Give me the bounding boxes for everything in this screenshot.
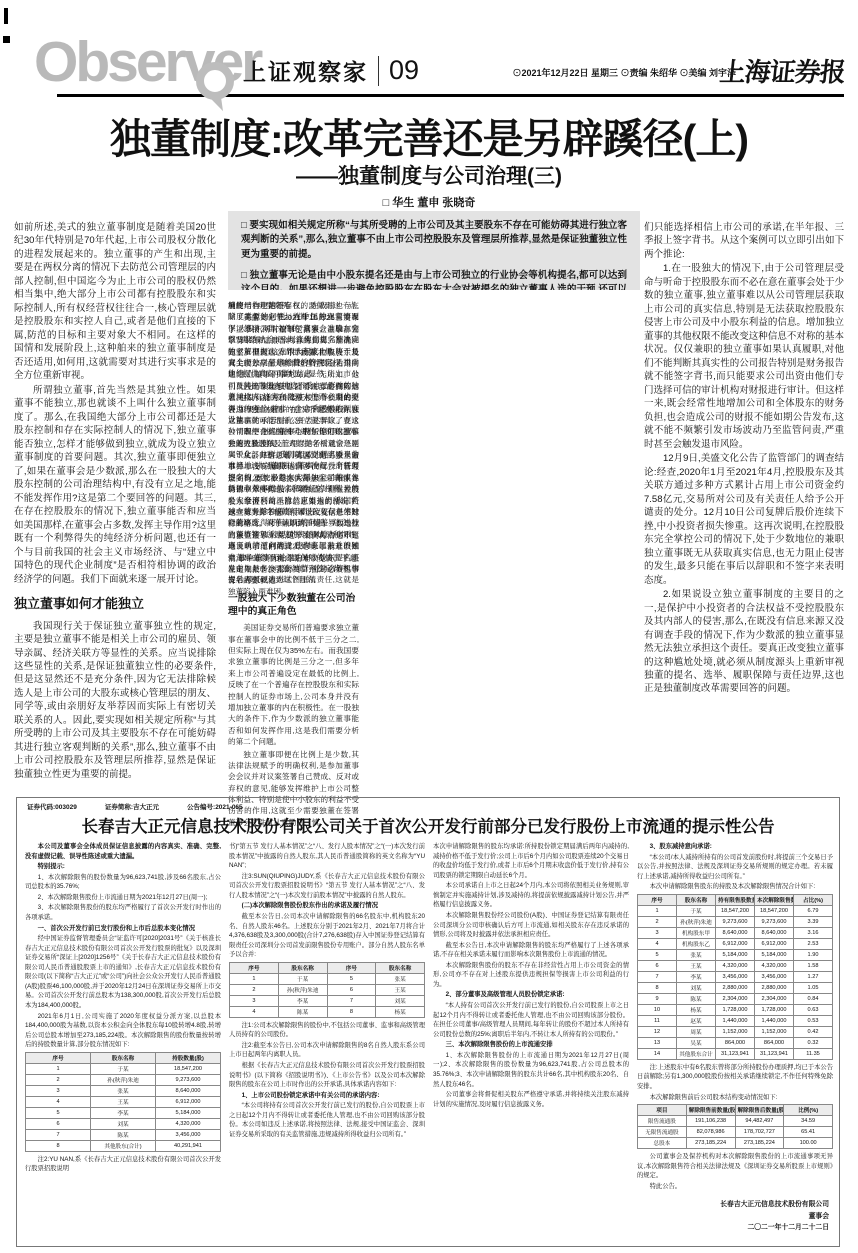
announcement-meta: 证券代码:003029 证券简称:吉大正元 公告编号:2021-065 xyxy=(27,802,243,811)
highlight-box: □ 要实现如相关规定所称“与其所受聘的上市公司及其主要股东不存在可能妨碍其进行独… xyxy=(228,211,640,290)
paragraph: 2021年6月1日,公司实施了2020年度权益分派方案,以总股本184,400,… xyxy=(25,1012,221,1050)
print-corner-mark xyxy=(3,36,10,43)
paragraph: 特别提示: xyxy=(25,862,221,872)
article-subtitle: ——独董制度与公司治理(三) xyxy=(0,160,858,190)
table-row: 13吴某864,000864,0000.32 xyxy=(638,1037,833,1048)
paragraph: 本次申请解除限售股东的持股及本次解除限售情况合计如下: xyxy=(637,882,833,892)
stock-abbreviation: 证券简称:吉大正元 xyxy=(105,802,159,811)
paragraph: 本次解除限售股份经公司股份(A股)、中国证券登记结算有限责任公司深圳分公司审核确… xyxy=(433,911,629,940)
paragraph: 1、本次解除限售的股份数量为96,623,741股,涉及66名股东,占公司总股本… xyxy=(25,873,221,892)
announcement-text: 注:上述股东中有6名股东曾将部分所持股份办理质押,均已于本公告日前解除;另有1,… xyxy=(637,1063,833,1102)
table-row: 12周某1,152,0001,152,0000.42 xyxy=(638,1026,833,1037)
table-row: 1于某5张某 xyxy=(230,973,425,984)
table-row: 限售流通股191,106,23894,482,49734.59 xyxy=(638,1116,833,1127)
dateline: ⊙2021年12月22日 星期三 ⊙责编 朱绍华 ⊙美编 刘宇泽 xyxy=(512,66,736,79)
table-row: 2孙(秋萍)朱迪9,273,6009,273,6003.39 xyxy=(638,916,833,927)
paragraph: 根据《长春吉大正元信息技术股份有限公司首次公开发行股票招股说明书》(以下简称《招… xyxy=(229,1061,425,1090)
table-row: 2孙(秋萍)朱迪9,273,600 xyxy=(26,1074,221,1085)
share-structure-table: 项目解除限售前数量(股)解除限售后数量(股)比例(%)限售流通股191,106,… xyxy=(637,1104,833,1149)
data-table: 序号股东名称持股数量(股)1于某18,547,2002孙(秋萍)朱迪9,273,… xyxy=(25,1052,221,1152)
paragraph: 截至本公告日,本次申请解除限售的股东均严格履行了上述各项承诺,不存在相关承诺未履… xyxy=(433,941,629,960)
table-row: 14其他股东合计31,123,94131,123,94111.35 xyxy=(638,1048,833,1059)
announcement-column-1: 本公司及董事会全体成员保证信息披露的内容真实、准确、完整,没有虚假记载、误导性陈… xyxy=(25,842,221,1240)
paragraph: 注1:公司本次解除限售的股份中,不包括公司董事、监事和高级管理人员持有的公司股份… xyxy=(229,1021,425,1040)
table-row: 10杨某1,728,0001,728,0000.63 xyxy=(638,1004,833,1015)
paragraph: 所谓独立董事,首先当然是其独立性。如果董事不能独立,那也就谈不上叫什么独立董事制… xyxy=(14,384,216,586)
data-table: 序号股东名称序号股东名称1于某5张某2孙(秋萍)朱迪6王某3李某7刘某4陈某8杨… xyxy=(229,962,425,1018)
table-row: 2孙(秋萍)朱迪6王某 xyxy=(230,984,425,995)
table-row: 1于某18,547,20018,547,2006.79 xyxy=(638,905,833,916)
table-row: 7李某3,456,0003,456,0001.27 xyxy=(638,971,833,982)
article-byline: □ 华生 董申 张晓奇 xyxy=(0,194,858,210)
table-row: 6王某4,320,0004,320,0001.58 xyxy=(638,960,833,971)
masthead: 上海证券报 xyxy=(718,52,847,89)
announcement-column-4: 3、股东减持意向承诺:“本公司/本人减持所持有的公司首发前股份时,将提前三个交易… xyxy=(637,842,833,1240)
stock-code: 证券代码:003029 xyxy=(27,802,77,811)
announcement-columns: 本公司及董事会全体成员保证信息披露的内容真实、准确、完整,没有虚假记载、误导性陈… xyxy=(25,842,833,1240)
table-row: 3李某7刘某 xyxy=(230,995,425,1006)
divider xyxy=(378,56,379,86)
paragraph: 3、本次解除限售股份的股东均严格履行了首次公开发行时作出的各项承诺。 xyxy=(25,903,221,922)
paragraph: 本公司承诺自上市之日起24个月内,本公司将依照相关业务规则,审慎制定并实施减持计… xyxy=(433,881,629,910)
signature-line: 董事会 xyxy=(637,1211,829,1223)
paragraph: □ 独立董事无论是由中小股东提名还是由与上市公司独立的行业协会等机构提名,都可以… xyxy=(241,269,627,290)
announcement-text: 注1:公司本次解除限售的股份中,不包括公司董事、监事和高级管理人员持有的公司股份… xyxy=(229,1021,425,1140)
data-table: 序号股东名称持有限售股数量(股)本次解除限售数量(股)占比(%)1于某18,54… xyxy=(637,894,833,1060)
table-row: 9陈某2,304,0002,304,0000.84 xyxy=(638,993,833,1004)
paragraph: 本次解除限售股份的股东不存在非经营性占用上市公司资金的情形,公司亦不存在对上述股… xyxy=(433,961,629,990)
section-header: 上证观察家 09 xyxy=(243,54,419,87)
paragraph: 美国证券交易所们普遍要求独立董事在董事会中的比例不低于三分之二,但实际上现在仅为… xyxy=(228,622,359,747)
paragraph: 注3:SUN(QIUPING)JUDY,系《长春吉大正元信息技术股份有限公司首次… xyxy=(229,872,425,901)
unlock-detail-table: 序号股东名称持有限售股数量(股)本次解除限售数量(股)占比(%)1于某18,54… xyxy=(637,894,833,1060)
data-table: 项目解除限售前数量(股)解除限售后数量(股)比例(%)限售流通股191,106,… xyxy=(637,1104,833,1149)
print-corner-mark xyxy=(4,8,8,24)
paragraph: 美盛文化于2021年10月25日发布了三季报,所有董事包括独立董事都签字背书,保… xyxy=(228,312,359,449)
paragraph: 如前所述,美式的独立董事制度是随着美国20世纪30年代特别是70年代起,上市公司… xyxy=(14,221,216,383)
article-subheading: 独立董事如何才能独立 xyxy=(14,595,216,613)
paragraph: 1、本次解除限售股份的上市流通日期为2021年12月27日(周一);2、本次解除… xyxy=(433,1051,629,1089)
paragraph: 境的一个典型案例。 xyxy=(228,300,359,311)
table-row: 5李某5,184,000 xyxy=(26,1107,221,1118)
paragraph: 公司董事会及保荐机构对本次解除限售股份的上市流通事项无异议,本次解除限售符合相关… xyxy=(637,1152,833,1181)
signature-block: 长春吉大正元信息技术股份有限公司董事会二〇二一年十二月二十二日 xyxy=(637,1199,833,1234)
paragraph: □ 要实现如相关规定所称“与其所受聘的上市公司及其主要股东不存在可能妨碍其进行独… xyxy=(241,219,627,262)
signature-line: 二〇二一年十二月二十二日 xyxy=(637,1222,829,1234)
paragraph: 注2:截至本公告日,公司本次申请解除限售的8名自然人股东系公司上市日起两年内离职… xyxy=(229,1041,425,1060)
table-row: 4陈某8杨某 xyxy=(230,1006,425,1017)
paragraph: 本次申请解除限售的股东均承诺:所持股份锁定期届满后两年内减持的,减持价格不低于发… xyxy=(433,842,629,880)
section-name: 上证观察家 xyxy=(243,54,368,87)
table-row: 4王某6,912,000 xyxy=(26,1096,221,1107)
paragraph: 三、本次解除限售股份的上市流通安排 xyxy=(433,1040,629,1050)
paragraph: 公司董事会将督促相关股东严格遵守承诺,并将持续关注股东减持计划的实施情况,及时履… xyxy=(433,1090,629,1109)
table-row: 4机构股东乙6,912,0006,912,0002.53 xyxy=(638,938,833,949)
announcement-title: 长春吉大正元信息技术股份有限公司关于首次公开发行前部分已发行股份上市流通的提示性… xyxy=(17,813,839,837)
table-row: 5张某5,184,0005,184,0001.90 xyxy=(638,949,833,960)
paragraph: 从公开信息看,美盛文化的独立董事并非没有履职:他们多次向公司管理层问询,要求补充… xyxy=(228,450,359,587)
announcement-column-2: 书)“第五节 发行人基本情况”之“八、发行人股本情况”之“(一)本次发行前股本情… xyxy=(229,842,425,1240)
paragraph: 注:上述股东中有6名股东曾将部分所持股份办理质押,均已于本公告日前解除;另有1,… xyxy=(637,1063,833,1092)
announcement-column-3: 本次申请解除限售的股东均承诺:所持股份锁定期届满后两年内减持的,减持价格不低于发… xyxy=(433,842,629,1240)
announcement-text: 本次申请解除限售的股东均承诺:所持股份锁定期届满后两年内减持的,减持价格不低于发… xyxy=(433,842,629,1109)
paragraph: 2、本次解除限售股份上市流通日期为2021年12月27日(周一); xyxy=(25,893,221,903)
table-row: 6刘某4,320,000 xyxy=(26,1118,221,1129)
paragraph: 我国现行关于保证独立董事独立性的规定,主要是独立董事不能是相关上市公司的雇员、领… xyxy=(14,620,216,782)
article-column-1: 如前所述,美式的独立董事制度是随着美国20世纪30年代特别是70年代起,上市公司… xyxy=(14,221,216,783)
paragraph: 2.如果说设立独立董事制度的主要目的之一,是保护中小投资者的合法权益不受控股股东… xyxy=(644,588,844,696)
paragraph: 特此公告。 xyxy=(637,1182,833,1192)
table-row: 3张某8,640,000 xyxy=(26,1085,221,1096)
paragraph: 1、上市公司股份锁定承诺中有关公司的承诺内容: xyxy=(229,1091,425,1101)
table-row: 7陈某3,456,000 xyxy=(26,1129,221,1140)
paragraph: 经中国证券监督管理委员会“证监许可[2020]2031号”《关于核准长春吉大正元… xyxy=(25,934,221,1011)
article-headline: 独董制度:改革完善还是另辟蹊径(上) xyxy=(0,106,858,165)
paragraph: (二)本次解除限售股份股东作出的承诺及履行情况 xyxy=(229,901,425,911)
announcement-number: 公告编号:2021-065 xyxy=(187,802,243,811)
announcement-text: 公司董事会及保荐机构对本次解除限售股份的上市流通事项无异议,本次解除限售符合相关… xyxy=(637,1152,833,1191)
paragraph: “本公司将持有公司首次公开发行前已发行的股份,自公司股票上市之日起12个月内不得… xyxy=(229,1101,425,1139)
announcement-text: 书)“第五节 发行人基本情况”之“八、发行人股本情况”之“(一)本次发行前股本情… xyxy=(229,842,425,960)
table-row: 8刘某2,880,0002,880,0001.05 xyxy=(638,982,833,993)
paragraph: 1.在一股独大的情况下,由于公司管理层受命与听命于控股股东而不必在意在董事会处于… xyxy=(644,262,844,451)
page-number: 09 xyxy=(389,55,419,86)
table-row: 3机构股东甲8,640,0008,640,0003.16 xyxy=(638,927,833,938)
paragraph: 2、部分董事及高级管理人员股份锁定承诺: xyxy=(433,990,629,1000)
signature-line: 长春吉大正元信息技术股份有限公司 xyxy=(637,1199,829,1211)
paragraph: 一、首次公开发行前已发行股份和上市后总股本变化情况 xyxy=(25,924,221,934)
article-column-4: 境的一个典型案例。美盛文化于2021年10月25日发布了三季报,所有董事包括独立… xyxy=(228,300,359,588)
paragraph: “本人持有公司首次公开发行前已发行的股份,自公司股票上市之日起12个月内不得转让… xyxy=(433,1001,629,1039)
paragraph: 12月9日,美盛文化公告了监管部门的调查结论:经查,2020年1月至2021年4… xyxy=(644,452,844,587)
paragraph: 截至本公告日,公司本次申请解除限售的66名股东中,机构股东20名、自然人股东46… xyxy=(229,912,425,960)
article-middle-columns: 制度结构中是不存在的,在我国也存在制度类似的问题。在中国的现实情况下,大股东同时… xyxy=(228,300,640,783)
shareholder-table: 序号股东名称持股数量(股)1于某18,547,2002孙(秋萍)朱迪9,273,… xyxy=(25,1052,221,1152)
paragraph: 3、股东减持意向承诺: xyxy=(637,842,833,852)
announcement-text: 本公司及董事会全体成员保证信息披露的内容真实、准确、完整,没有虚假记载、误导性陈… xyxy=(25,842,221,1050)
article-column-5: 们只能选择相信上市公司的承诺,在半年报、三季报上签字背书。从这个案例可以立即引出… xyxy=(644,221,844,783)
paragraph: 注2:YU NAN,系《长春吉大正元信息技术股份有限公司首次公开发行股票招股说明 xyxy=(25,1155,221,1174)
table-row: 无限售流通股82,078,986178,702,72765.41 xyxy=(638,1127,833,1138)
paragraph: 书)“第五节 发行人基本情况”之“八、发行人股本情况”之“(一)本次发行前股本情… xyxy=(229,842,425,871)
header-rule xyxy=(57,94,844,97)
paragraph: “本公司/本人减持所持有的公司首发前股份时,将提前三个交易日予以公告,并按照法律… xyxy=(637,853,833,882)
speech-bubble-tail-icon xyxy=(210,96,223,112)
table-row: 总股本273,185,224273,185,224100.00 xyxy=(638,1138,833,1149)
paragraph: 本公司及董事会全体成员保证信息披露的内容真实、准确、完整,没有虚假记载、误导性陈… xyxy=(25,842,221,861)
table-row: 8其他股东(合计)40,291,941 xyxy=(26,1140,221,1151)
shareholder-name-table: 序号股东名称序号股东名称1于某5张某2孙(秋萍)朱迪6王某3李某7刘某4陈某8杨… xyxy=(229,962,425,1018)
speech-bubble-icon xyxy=(196,62,234,100)
paragraph: 本次解除限售前后公司股本结构变动情况如下: xyxy=(637,1093,833,1103)
announcement-text: 注2:YU NAN,系《长春吉大正元信息技术股份有限公司首次公开发行股票招股说明 xyxy=(25,1155,221,1174)
announcement-box: 证券代码:003029 证券简称:吉大正元 公告编号:2021-065 长春吉大… xyxy=(16,797,840,1247)
table-row: 11赵某1,440,0001,440,0000.53 xyxy=(638,1015,833,1026)
newspaper-page: Observer 上证观察家 09 ⊙2021年12月22日 星期三 ⊙责编 朱… xyxy=(0,0,858,1253)
paragraph: 们只能选择相信上市公司的承诺,在半年报、三季报上签字背书。从这个案例可以立即引出… xyxy=(644,221,844,261)
announcement-text: 3、股东减持意向承诺:“本公司/本人减持所持有的公司首发前股份时,将提前三个交易… xyxy=(637,842,833,892)
table-row: 1于某18,547,200 xyxy=(26,1063,221,1074)
